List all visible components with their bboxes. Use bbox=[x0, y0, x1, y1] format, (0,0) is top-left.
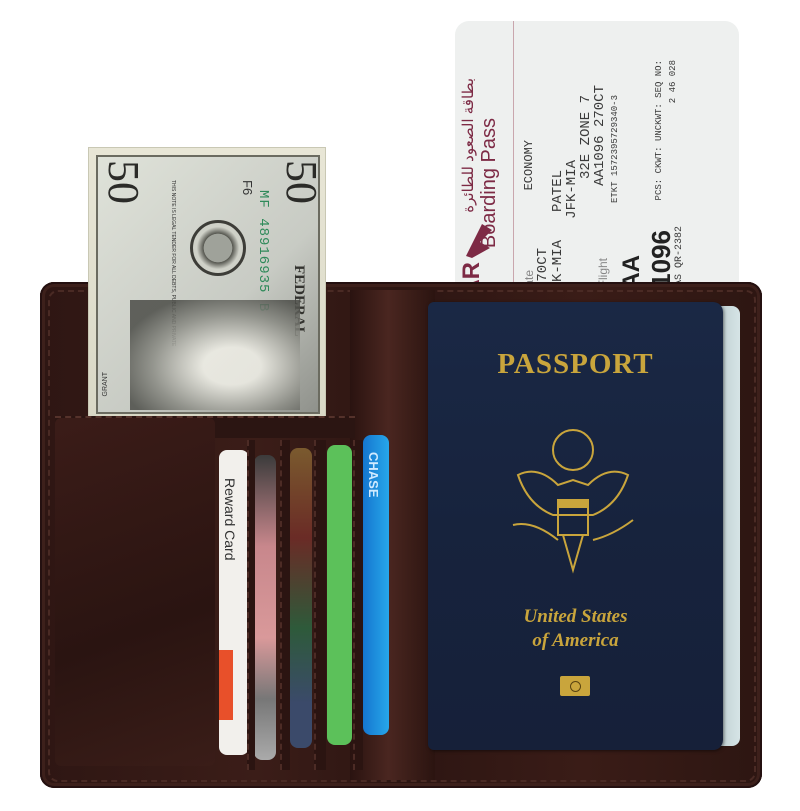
card-slot-divider bbox=[353, 440, 363, 770]
dark-card bbox=[290, 448, 312, 748]
boarding-pass-perforation bbox=[513, 21, 514, 306]
card-slot-divider bbox=[314, 440, 326, 770]
flight-number: 1096 bbox=[646, 230, 677, 288]
flight-date: AA1096 270CT bbox=[592, 85, 608, 186]
biometric-chip-icon bbox=[560, 676, 590, 696]
passport-country-line1: United States bbox=[428, 605, 723, 629]
card-slot-divider bbox=[280, 440, 290, 770]
passport-country-line2: of America bbox=[428, 629, 723, 653]
card-pocket bbox=[55, 418, 215, 766]
bill-portrait-name: GRANT bbox=[102, 372, 109, 397]
bill-portrait bbox=[130, 300, 300, 410]
eagle-seal-icon bbox=[508, 425, 638, 575]
bill-series-code: F6 bbox=[240, 180, 255, 195]
eticket-number: ETKT 1572395729340-3 bbox=[610, 95, 620, 203]
federal-reserve-seal-icon bbox=[190, 220, 246, 276]
travel-class: ECONOMY bbox=[522, 140, 536, 190]
reward-card-logo bbox=[219, 650, 233, 720]
card-slot-divider bbox=[247, 440, 255, 770]
reward-card-label: Reward Card bbox=[222, 478, 238, 560]
pink-card bbox=[254, 455, 276, 760]
bill-serial: MF 48916935 B bbox=[255, 190, 271, 312]
baggage-values: 2 46 028 bbox=[668, 60, 678, 103]
airline-logo-icon bbox=[462, 220, 496, 260]
bill-denomination-right: 50 bbox=[276, 160, 327, 204]
baggage-labels: PCS: CKWT: UNCKWT: SEQ NO: bbox=[654, 60, 664, 200]
passport-country: United States of America bbox=[428, 605, 723, 653]
passport-title: PASSPORT bbox=[428, 348, 723, 381]
chase-card-label: CHASE bbox=[366, 452, 381, 498]
bill-denomination-left: 50 bbox=[98, 160, 149, 204]
green-card bbox=[327, 445, 352, 745]
boarding-pass-arabic-title: بطاقة الصعود للطائرة bbox=[460, 78, 478, 213]
